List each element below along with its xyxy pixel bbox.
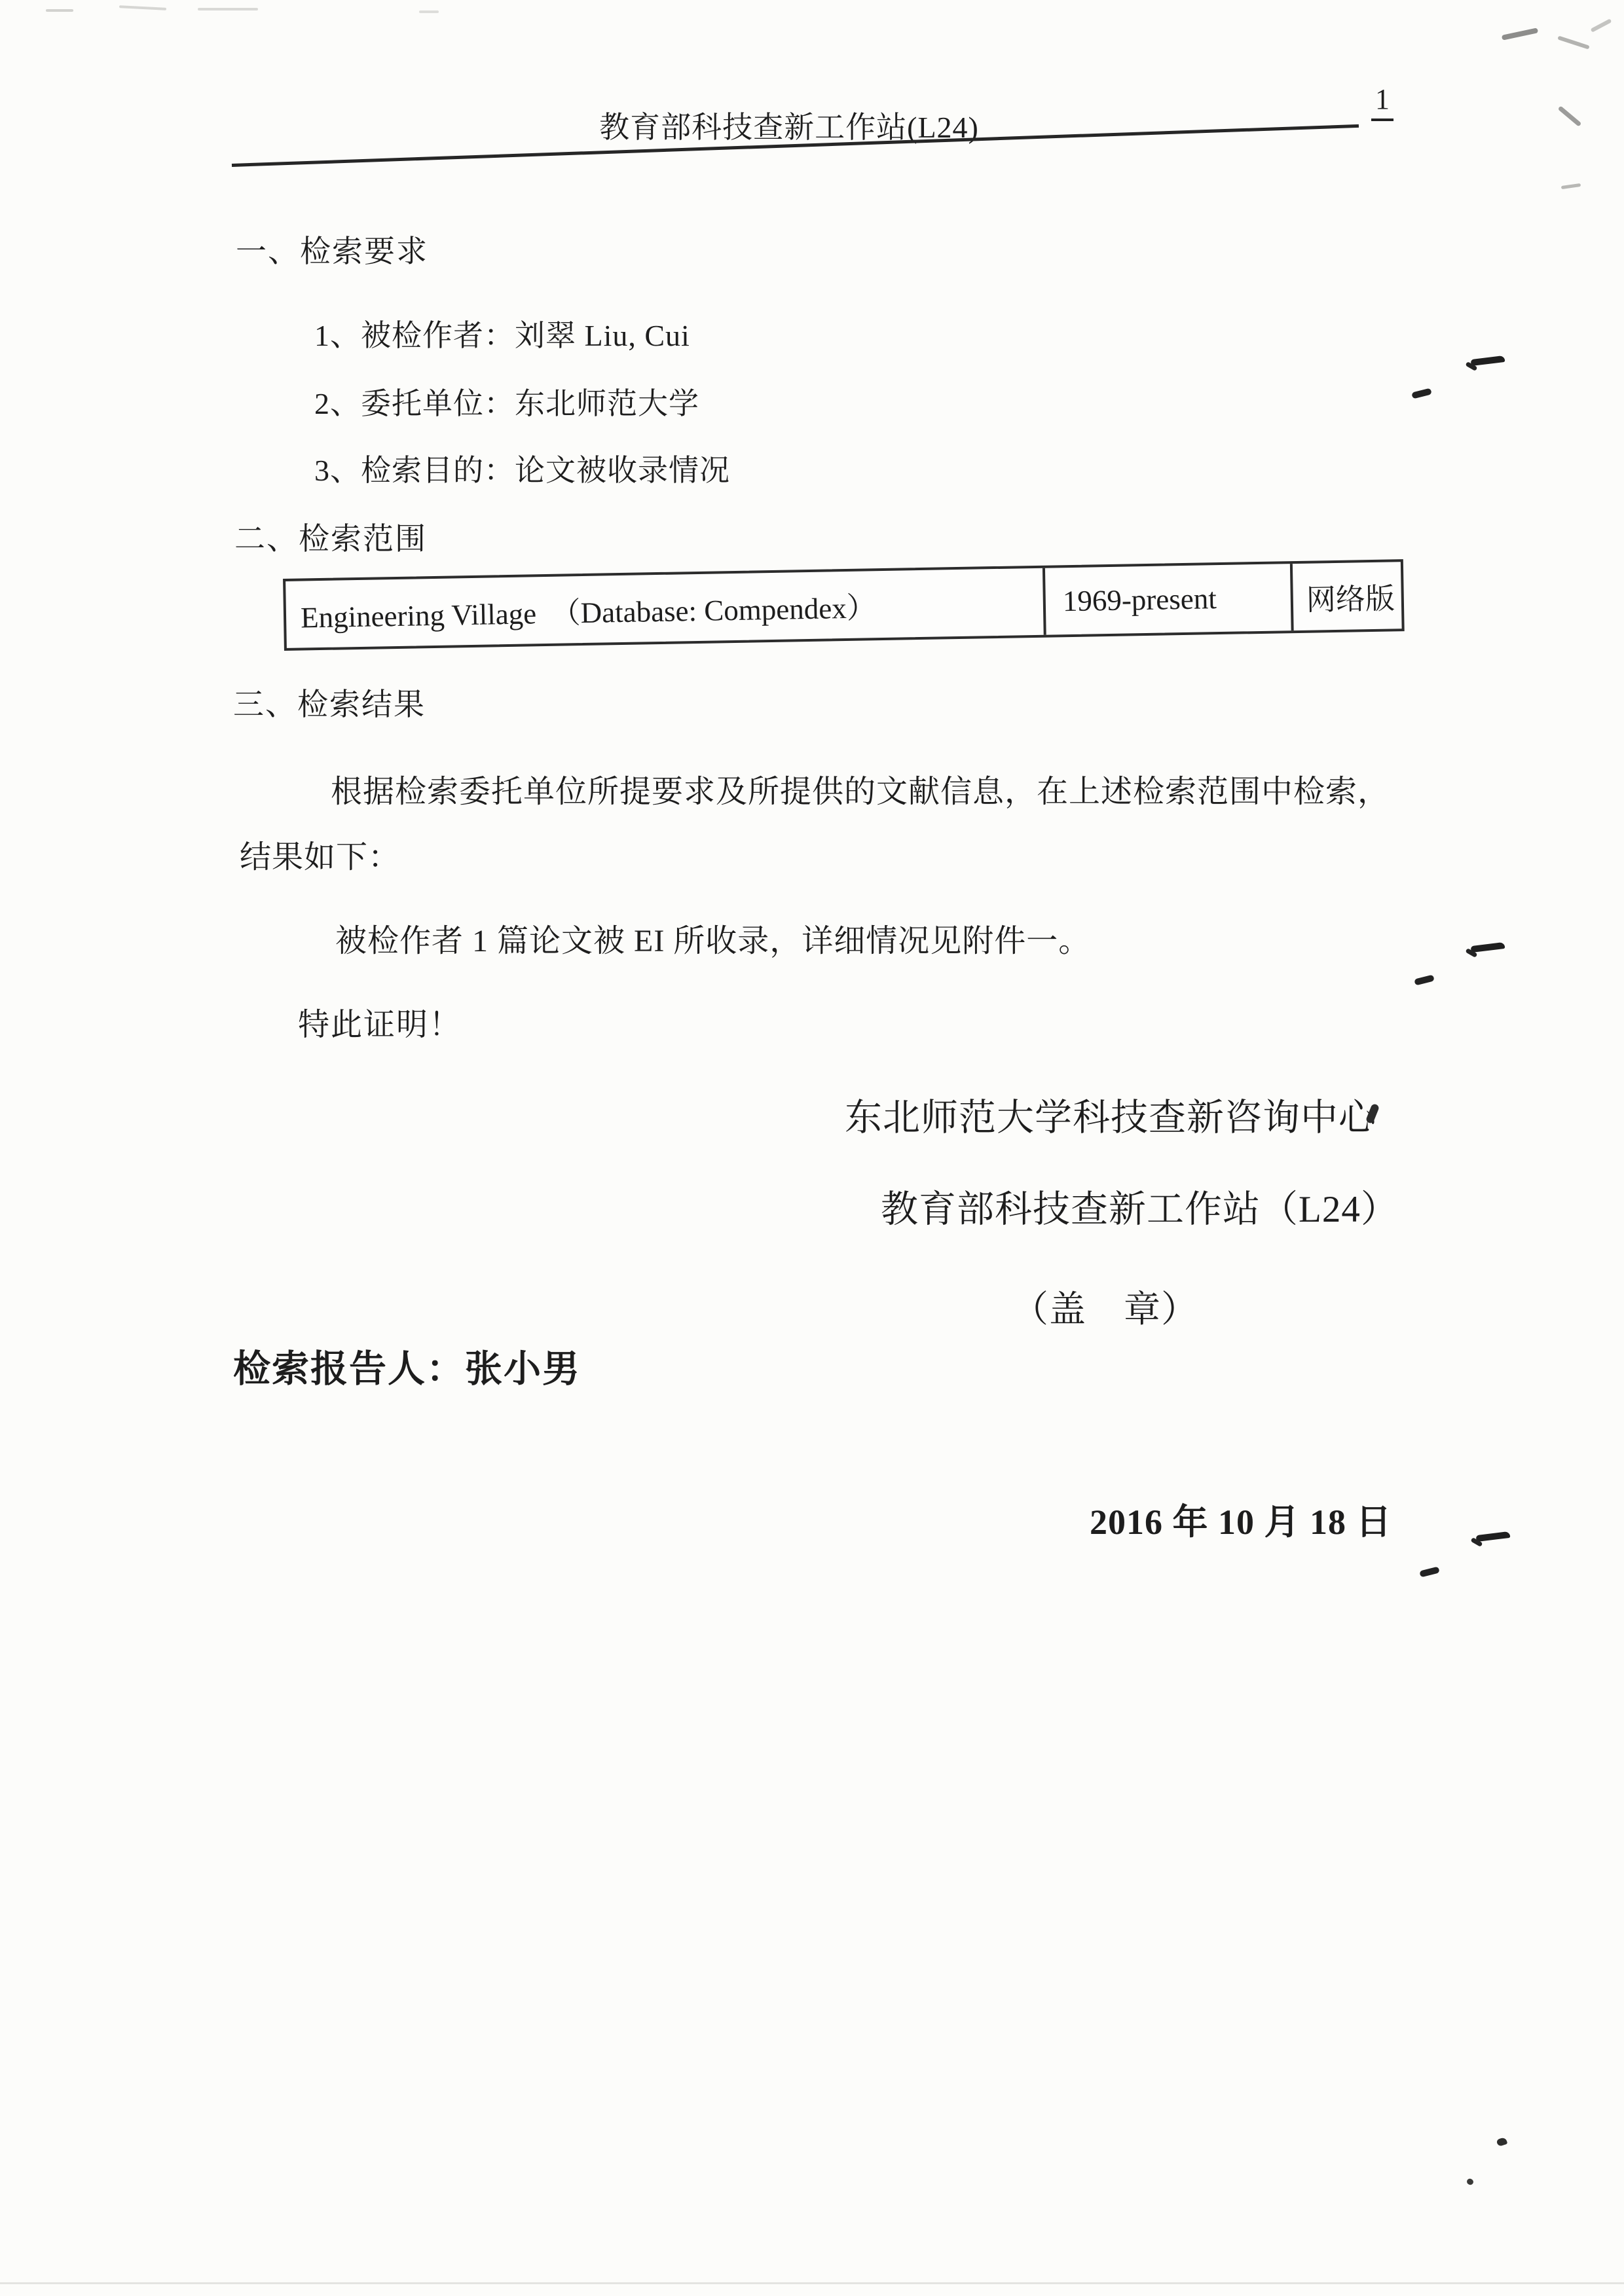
results-paragraph-line1: 根据检索委托单位所提要求及所提供的文献信息，在上述检索范围中检索， <box>331 773 1390 812</box>
scan-scribble-corner-4 <box>1558 105 1582 126</box>
requirement-item-client: 2、委托单位：东北师范大学 <box>314 385 699 423</box>
scope-table: Engineering Village （Database: Compendex… <box>283 559 1405 651</box>
scan-edge-mark-2 <box>119 5 166 10</box>
scan-scribble-corner-3 <box>1591 18 1612 32</box>
requirement-item-purpose: 3、检索目的：论文被收录情况 <box>314 452 730 490</box>
results-conclusion: 被检作者 1 篇论文被 EI 所收录，详细情况见附件一。 <box>335 922 1090 961</box>
certify-statement: 特此证明！ <box>298 1006 462 1045</box>
section-heading-requirements: 一、检索要求 <box>236 233 428 272</box>
pen-mark-arrow-3 <box>1471 1529 1517 1549</box>
report-author: 检索报告人：张小男 <box>233 1346 581 1393</box>
pen-mark-dash-2 <box>1414 975 1435 986</box>
scope-table-cell-coverage: 1969-present <box>1045 564 1294 635</box>
pen-mark-dash-3 <box>1419 1567 1440 1578</box>
report-date: 2016 年 10 月 18 日 <box>1090 1501 1392 1545</box>
scan-edge-mark-3 <box>198 8 258 10</box>
scan-scribble-corner-5 <box>1561 183 1581 189</box>
pen-mark-stroke <box>1471 355 1505 366</box>
scope-table-cell-database: Engineering Village （Database: Compendex… <box>286 568 1046 648</box>
seal-placeholder: （盖 章） <box>1012 1287 1198 1333</box>
scan-scribble-corner-1 <box>1502 27 1538 40</box>
section-heading-scope: 二、检索范围 <box>234 520 427 559</box>
page-number: 1 <box>1371 81 1393 121</box>
requirement-item-author: 1、被检作者：刘翠 Liu, Cui <box>314 317 690 355</box>
ink-speck-1 <box>1496 2137 1508 2147</box>
document-page: 教育部科技查新工作站(L24) 1 一、检索要求 1、被检作者：刘翠 Liu, … <box>0 0 1624 2296</box>
scan-scribble-corner-2 <box>1557 35 1589 49</box>
pen-mark-arrow-1 <box>1466 354 1511 373</box>
pen-mark-stroke <box>1476 1531 1511 1542</box>
signature-org-line2: 教育部科技查新工作站（L24） <box>881 1186 1399 1233</box>
paper-bottom-edge <box>0 2282 1624 2284</box>
scan-edge-mark-4 <box>419 10 439 13</box>
scope-table-cell-edition: 网络版 <box>1293 562 1402 630</box>
results-paragraph-line2: 结果如下： <box>240 838 400 877</box>
pen-mark-arrow-2 <box>1466 940 1511 960</box>
signature-org-line1: 东北师范大学科技查新咨询中心 <box>845 1095 1376 1141</box>
scan-edge-mark-1 <box>46 9 73 12</box>
ink-speck-2 <box>1466 2178 1475 2185</box>
section-heading-results: 三、检索结果 <box>233 686 426 725</box>
pen-mark-dash-1 <box>1411 388 1432 399</box>
pen-mark-stroke <box>1471 942 1505 953</box>
